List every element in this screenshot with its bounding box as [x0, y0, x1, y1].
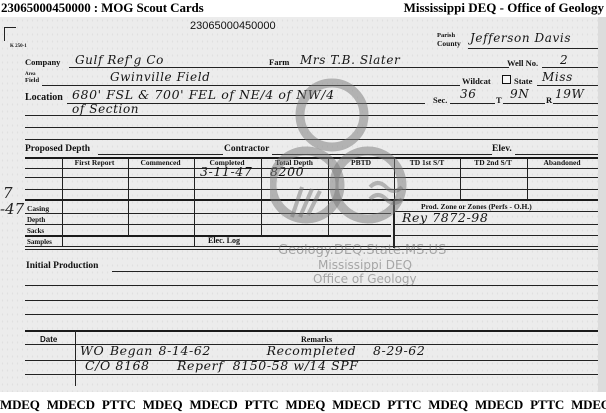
initial-production-label: Initial Production	[26, 261, 98, 271]
location-line-4	[25, 139, 598, 140]
table-row-line	[25, 177, 598, 178]
county-value: Jefferson Davis	[470, 31, 571, 45]
contractor-underline	[272, 154, 492, 155]
table-col-divider	[62, 158, 63, 200]
table-col-divider	[394, 158, 395, 200]
remark-row-2: C/O 8168 Reperf 8150-58 w/14 SPF	[85, 358, 359, 373]
well-no-label: Well No.	[507, 58, 538, 68]
corner-mark	[4, 27, 16, 28]
total-depth-value: 8200	[270, 164, 304, 179]
parish-label: Parish	[437, 32, 455, 39]
casing-col-divider	[261, 200, 262, 236]
state-underline	[537, 85, 598, 86]
state-value: Miss	[542, 70, 573, 84]
table-row-line	[25, 189, 598, 190]
col-td-1st: TD 1st S/T	[394, 158, 460, 167]
wildcat-label: Wildcat	[462, 76, 491, 86]
casing-col-divider	[328, 200, 329, 236]
sec-underline	[450, 103, 495, 104]
col-commenced: Commenced	[128, 158, 193, 167]
casing-line	[25, 213, 391, 214]
table-col-divider	[128, 158, 129, 200]
col-abandoned: Abandoned	[527, 158, 597, 167]
completed-value: 3-11-47	[200, 164, 252, 179]
form-number: K 250-1	[10, 44, 27, 49]
sec-label: Sec.	[433, 95, 447, 105]
depth-label: Depth	[27, 216, 45, 224]
initial-production-line	[25, 285, 598, 286]
company-underline	[69, 67, 294, 68]
well-no-underline	[542, 67, 598, 68]
elec-log-label: Elec. Log	[208, 236, 240, 245]
state-label: State	[514, 76, 532, 86]
remark-row-1: WO Began 8-14-62 Recompleted 8-29-62	[80, 343, 425, 358]
t-underline	[503, 103, 545, 104]
initial-production-line	[25, 300, 598, 301]
field-value: Gwinville Field	[110, 70, 210, 84]
casing-col-divider	[62, 200, 63, 247]
location-label: Location	[25, 92, 63, 103]
r-underline	[553, 103, 598, 104]
contractor-label: Contractor	[224, 144, 269, 154]
elev-underline	[515, 154, 598, 155]
col-td-2nd: TD 2nd S/T	[460, 158, 526, 167]
initial-production-line	[25, 314, 598, 315]
location-value-1: 680' FSL & 700' FEL of NE/4 of NW/4	[72, 87, 335, 102]
farm-value: Mrs T.B. Slater	[300, 53, 400, 67]
table-header-line	[25, 168, 598, 169]
table-col-divider	[194, 158, 195, 200]
casing-col-divider	[194, 200, 195, 247]
sec-value: 36	[460, 87, 476, 101]
watermark-agency: Mississippi DEQ	[318, 258, 412, 272]
depth-line	[25, 224, 391, 225]
farm-underline	[294, 67, 509, 68]
sacks-label: Sacks	[27, 227, 44, 235]
samples-label: Samples	[27, 238, 52, 246]
prod-zone-line	[395, 224, 598, 225]
location-value-2: of Section	[72, 102, 139, 116]
company-label: Company	[25, 57, 60, 67]
table-bottom-border	[25, 199, 598, 201]
api-number: 23065000450000	[190, 20, 276, 32]
r-value: 19W	[555, 87, 584, 101]
col-pbtd: PBTD	[328, 158, 394, 167]
casing-label: Casing	[27, 204, 49, 213]
wildcat-checkbox[interactable]	[502, 75, 511, 84]
r-label: R	[546, 95, 552, 105]
corner-mark	[4, 27, 5, 41]
company-value: Gulf Ref'g Co	[75, 53, 164, 67]
prod-zone-line	[395, 235, 598, 236]
location-line-3	[25, 127, 598, 128]
watermark-url: Geology.DEQ.State.MS.US	[278, 243, 446, 258]
county-underline	[468, 48, 598, 49]
footer-banner: MDEQ MDECD PTTC MDEQ MDECD PTTC MDEQ MDE…	[0, 397, 606, 413]
field-label: Field	[25, 77, 39, 84]
table-col-divider	[460, 158, 461, 200]
casing-col-divider	[128, 200, 129, 236]
agency-title: Mississippi DEQ - Office of Geology	[404, 0, 604, 16]
watermark-office: Office of Geology	[313, 272, 417, 286]
table-col-divider	[527, 158, 528, 200]
margin-mark-2: -47	[0, 200, 24, 218]
t-value: 9N	[510, 87, 529, 101]
t-label: T	[496, 95, 502, 105]
remarks-top-border	[25, 330, 598, 332]
field-underline	[42, 85, 460, 86]
scout-card-image: K 250-1 23065000450000 Parish County Jef…	[0, 17, 606, 392]
proposed-depth-underline	[98, 154, 223, 155]
page-title: 23065000450000 : MOG Scout Cards	[1, 0, 204, 16]
county-label: County	[437, 39, 461, 48]
well-no-value: 2	[560, 53, 568, 67]
date-label: Date	[40, 335, 57, 344]
col-first-report: First Report	[62, 158, 127, 167]
remarks-row-line	[25, 374, 598, 375]
remarks-col-divider	[75, 330, 76, 386]
farm-label: Farm	[269, 57, 289, 67]
table-col-divider	[328, 158, 329, 200]
proposed-depth-label: Proposed Depth	[25, 144, 90, 154]
table-col-divider	[261, 158, 262, 200]
prod-zone-value: Rey 7872-98	[402, 210, 488, 225]
elev-label: Elev.	[492, 144, 512, 154]
